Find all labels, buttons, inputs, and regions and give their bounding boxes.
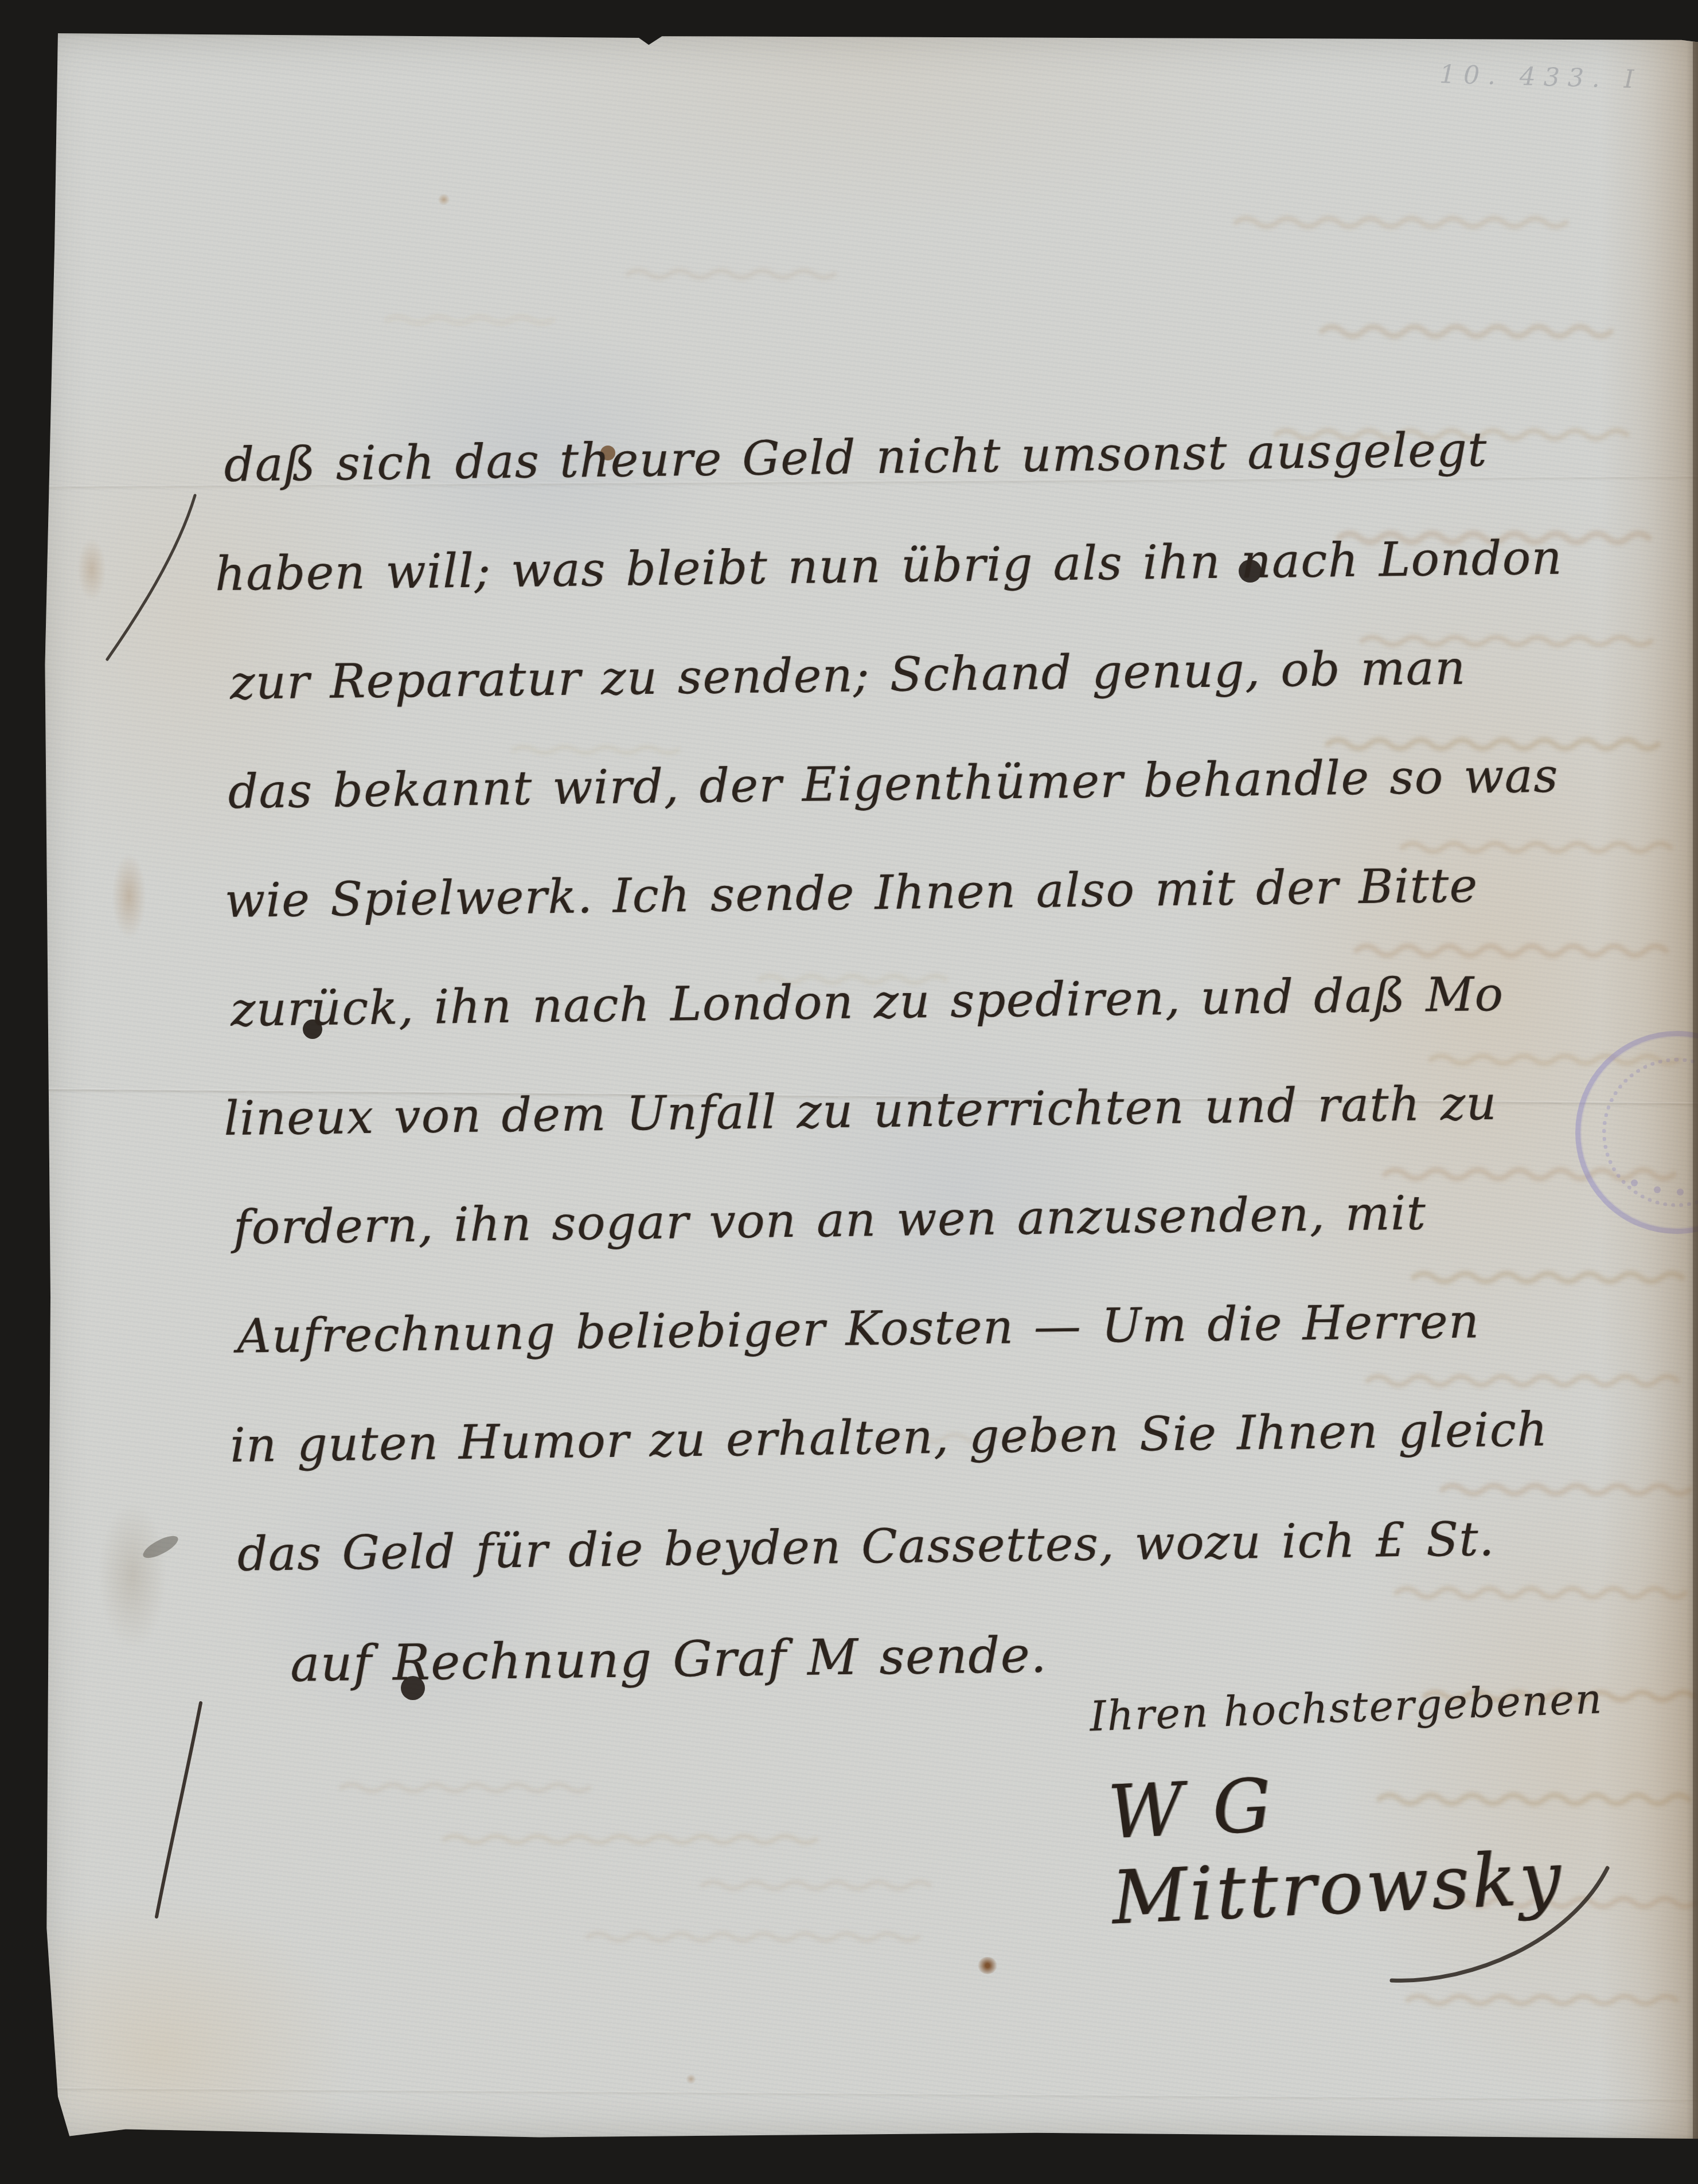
handwritten-line: Aufrechnung beliebiger Kosten — Um die H… — [237, 1292, 1658, 1419]
handwritten-line: fordern, ihn sogar von an wen anzusenden… — [233, 1183, 1656, 1310]
page-edge-shadow — [1601, 33, 1698, 2139]
handwritten-line: das bekannt wird, der Eigenthümer behand… — [228, 748, 1651, 874]
handwritten-line: wie Spielwerk. Ich sende Ihnen also mit … — [224, 857, 1652, 983]
smudge-mark — [140, 1531, 181, 1562]
handwritten-line: zur Reparatur zu senden; Schand genug, o… — [230, 639, 1650, 765]
handwritten-line: zurück, ihn nach London zu spediren, und… — [231, 966, 1654, 1092]
handwritten-line: in guten Humor zu erhalten, geben Sie Ih… — [230, 1401, 1659, 1527]
scan-background: 10. 433. I daß sich das theure Geld nich… — [0, 0, 1698, 2184]
handwritten-line: lineux von dem Unfall zu unterrichten un… — [224, 1075, 1655, 1201]
handwritten-line: daß sich das theure Geld nicht umsonst a… — [224, 421, 1647, 547]
page-edge-dark-strip — [1693, 33, 1698, 2139]
handwritten-line: das Geld für die beyden Cassettes, wozu … — [237, 1510, 1660, 1636]
letter-page: 10. 433. I daß sich das theure Geld nich… — [43, 33, 1698, 2139]
letter-body: daß sich das theure Geld nicht umsonst a… — [224, 421, 1662, 1745]
handwritten-line: haben will; was bleibt nun übrig als ihn… — [214, 530, 1648, 657]
